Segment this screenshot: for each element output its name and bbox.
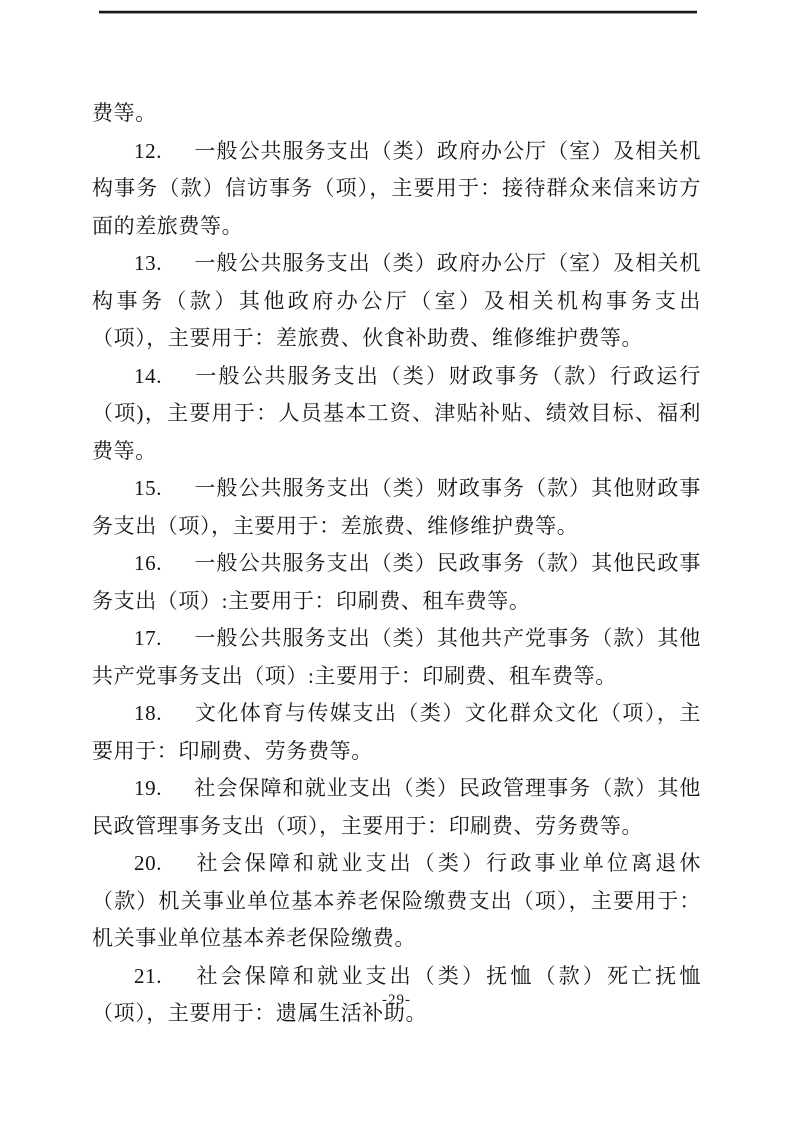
document-body: 费等。 12. 一般公共服务支出（类）政府办公厅（室）及相关机构事务（款）信访事… (92, 95, 701, 1033)
paragraph-item-20: 20. 社会保障和就业支出（类）行政事业单位离退休（款）机关事业单位基本养老保险… (92, 845, 701, 958)
paragraph-item-19: 19. 社会保障和就业支出（类）民政管理事务（款）其他民政管理事务支出（项），主… (92, 770, 701, 845)
header-rule (99, 11, 697, 13)
paragraph-item-17: 17. 一般公共服务支出（类）其他共产党事务（款）其他共产党事务支出（项）:主要… (92, 620, 701, 695)
document-page: 费等。 12. 一般公共服务支出（类）政府办公厅（室）及相关机构事务（款）信访事… (0, 0, 793, 1122)
page-number: -29- (0, 992, 793, 1009)
paragraph-continuation: 费等。 (92, 95, 701, 133)
paragraph-item-13: 13. 一般公共服务支出（类）政府办公厅（室）及相关机构事务（款）其他政府办公厅… (92, 245, 701, 358)
paragraph-item-12: 12. 一般公共服务支出（类）政府办公厅（室）及相关机构事务（款）信访事务（项）… (92, 133, 701, 246)
paragraph-item-18: 18. 文化体育与传媒支出（类）文化群众文化（项），主要用于：印刷费、劳务费等。 (92, 695, 701, 770)
paragraph-item-15: 15. 一般公共服务支出（类）财政事务（款）其他财政事务支出（项），主要用于：差… (92, 470, 701, 545)
paragraph-item-14: 14. 一般公共服务支出（类）财政事务（款）行政运行（项)，主要用于：人员基本工… (92, 358, 701, 471)
paragraph-item-16: 16. 一般公共服务支出（类）民政事务（款）其他民政事务支出（项）:主要用于：印… (92, 545, 701, 620)
